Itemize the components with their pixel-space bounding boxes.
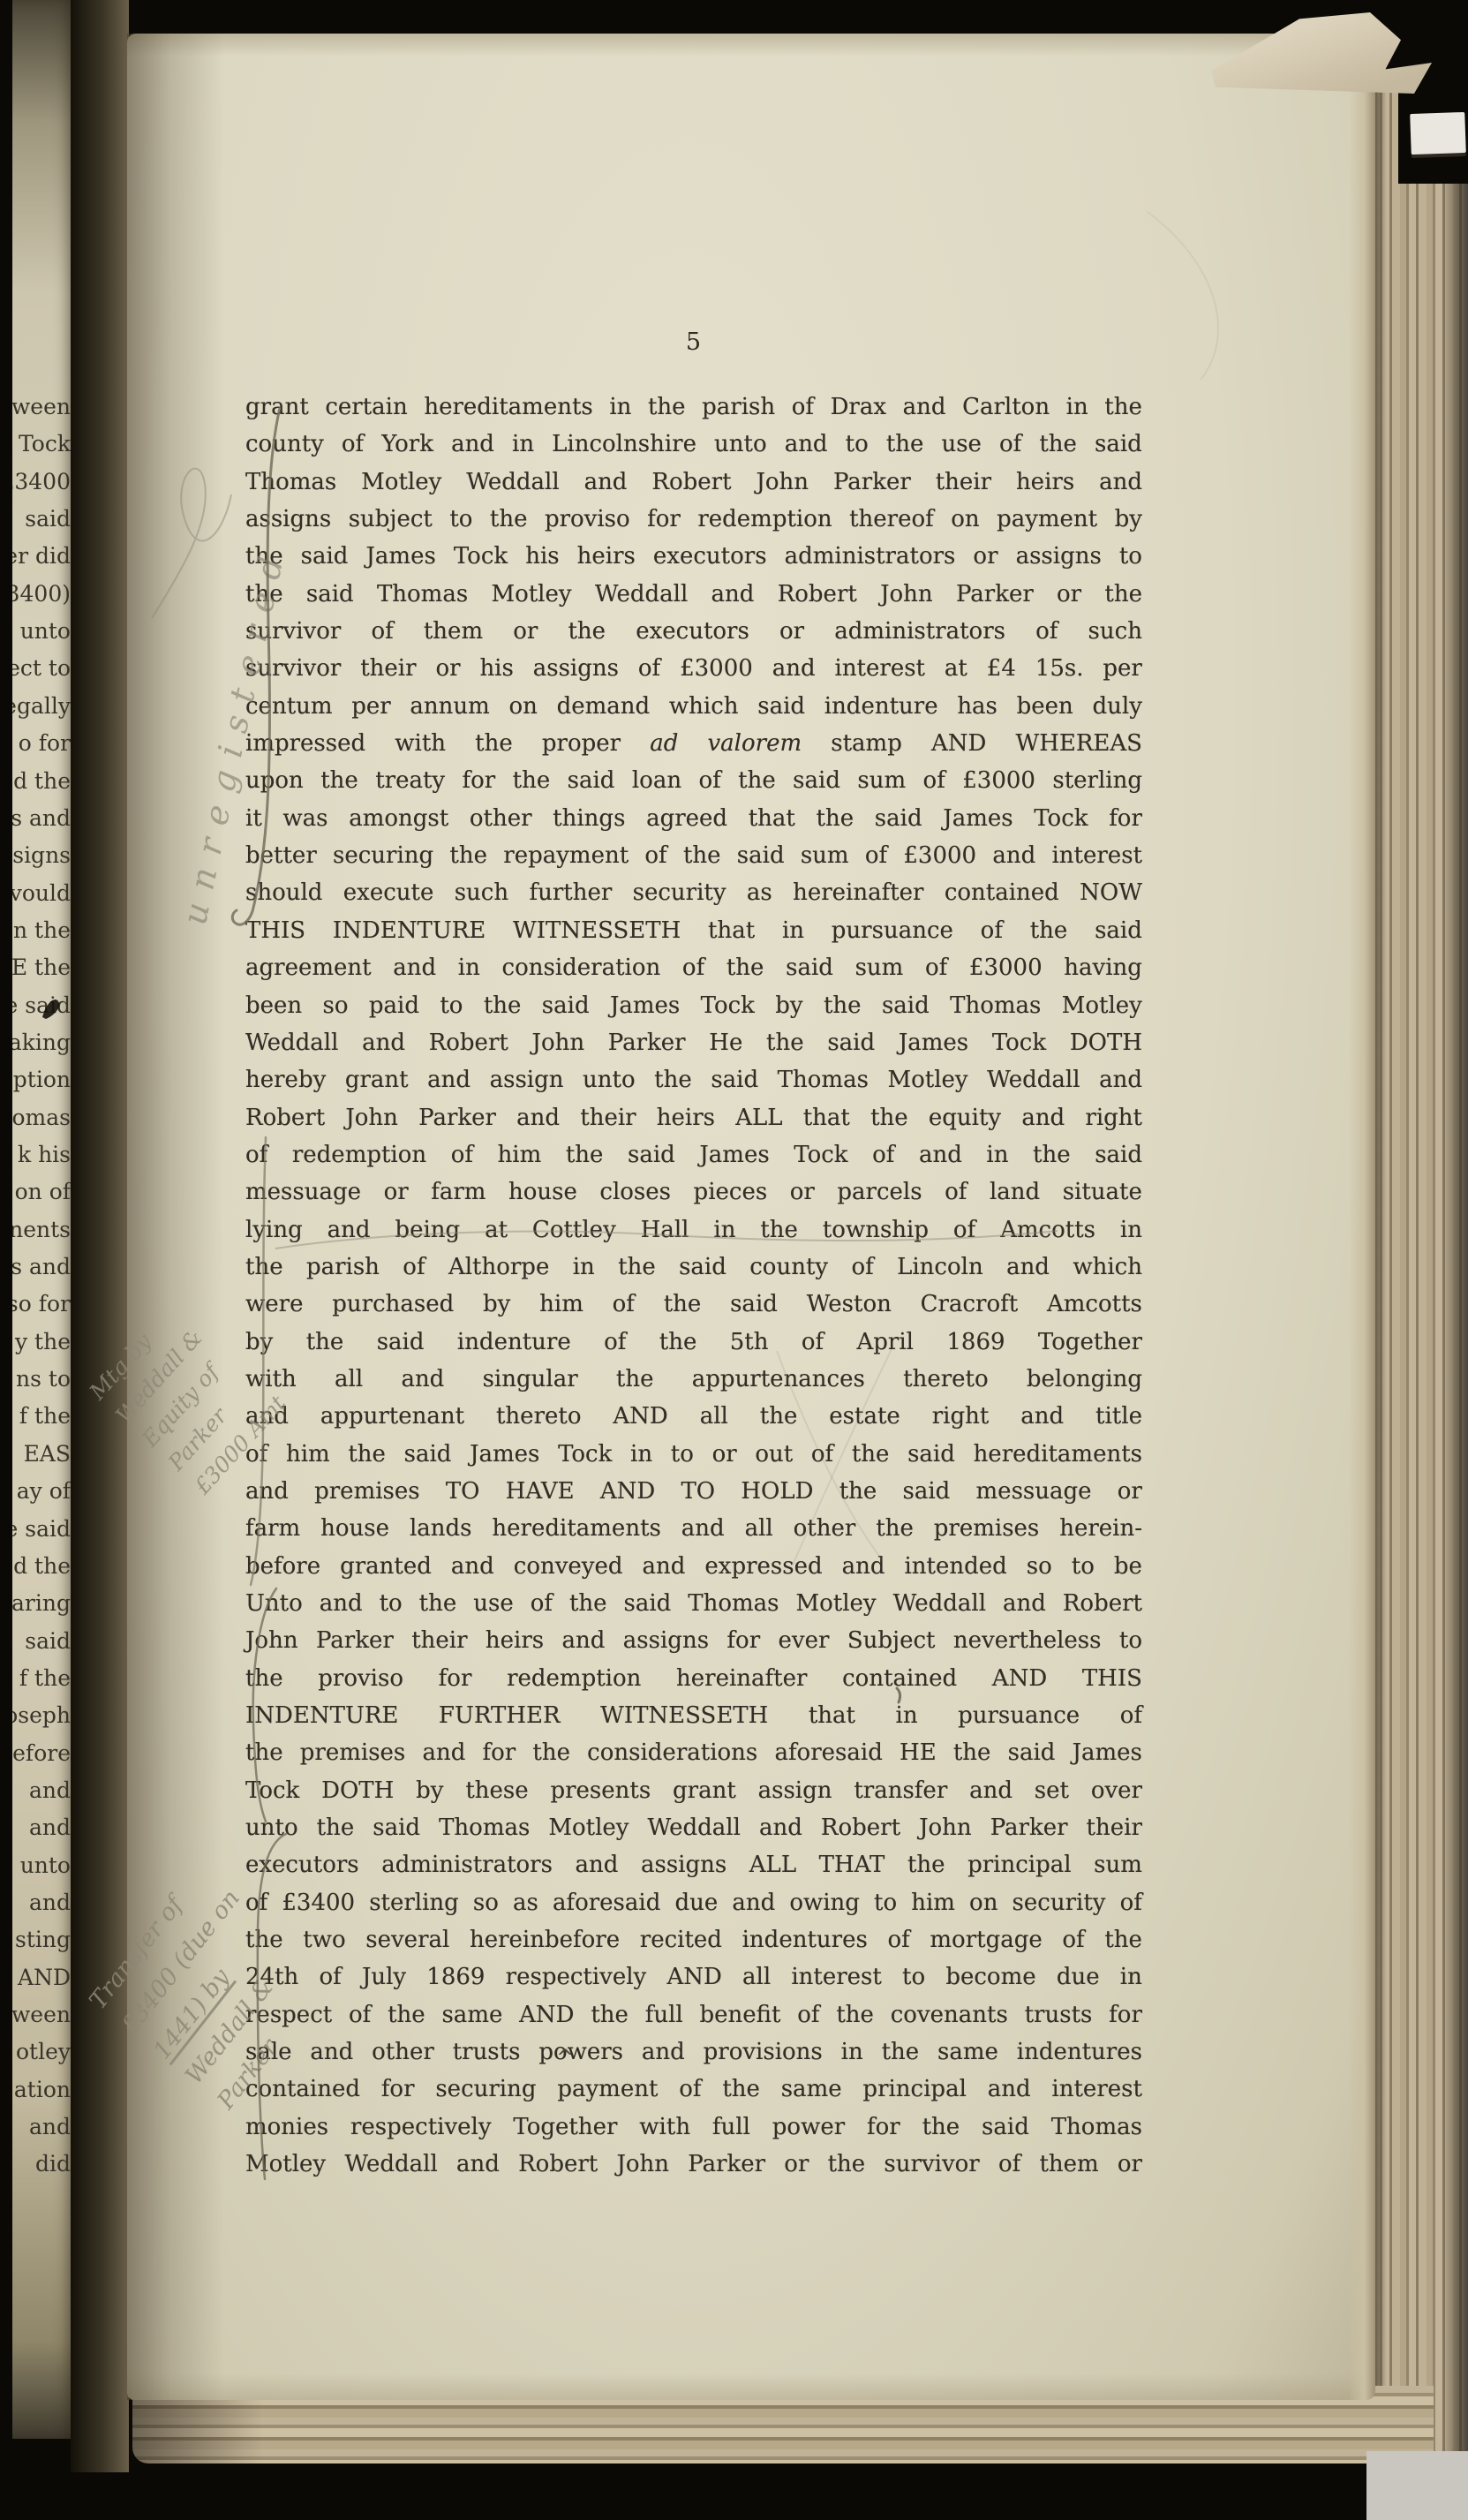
- word: of: [403, 1254, 425, 1280]
- word: out: [755, 1441, 793, 1467]
- word: by: [245, 1329, 273, 1355]
- word: so: [323, 992, 349, 1019]
- word: sum: [855, 954, 904, 981]
- word: the: [726, 954, 764, 981]
- word: so: [473, 1890, 499, 1916]
- word: full: [645, 2002, 683, 2028]
- word: owing: [789, 1890, 860, 1916]
- fore-edge-pages: [1374, 85, 1468, 2467]
- word: £3000: [969, 954, 1043, 981]
- word: hereinafter: [676, 1665, 807, 1692]
- word: and: [759, 1815, 802, 1841]
- word: of: [999, 431, 1021, 457]
- word: interest: [835, 655, 926, 682]
- word: the: [566, 1142, 604, 1168]
- word: and: [427, 1067, 471, 1093]
- word: security: [1013, 1890, 1106, 1916]
- word: the: [568, 618, 606, 645]
- word: aforesaid: [553, 1890, 660, 1916]
- text-line: theprovisoforredemptionhereinaftercontai…: [245, 1665, 1142, 1702]
- word: TO: [446, 1478, 480, 1505]
- word: and: [772, 655, 816, 682]
- word: pieces: [694, 1179, 768, 1205]
- word: in: [896, 1702, 918, 1729]
- word: power: [772, 2114, 845, 2140]
- word: AND: [519, 2002, 574, 2028]
- word: the: [828, 2151, 866, 2177]
- word: messuage: [245, 1179, 361, 1205]
- word: hereinafter: [793, 879, 923, 906]
- word: by: [483, 1291, 510, 1317]
- word: or: [435, 655, 460, 682]
- word: sum: [801, 842, 849, 869]
- word: unto: [583, 1067, 636, 1093]
- word: and: [516, 1105, 560, 1131]
- facing-page-fragment: otley: [16, 2039, 71, 2076]
- word: James: [610, 992, 680, 1019]
- word: these: [465, 1777, 528, 1804]
- word: 1869: [426, 1964, 485, 1990]
- word: and: [422, 1739, 465, 1766]
- word: him: [539, 1291, 583, 1317]
- word: in: [609, 394, 631, 420]
- word: and: [681, 1515, 725, 1542]
- word: subject: [349, 506, 433, 532]
- word: parish: [702, 394, 775, 420]
- word: the: [245, 1739, 283, 1766]
- word: for: [381, 2076, 415, 2102]
- word: in: [1120, 1217, 1142, 1243]
- word: Motley: [548, 1815, 629, 1841]
- word: their: [936, 469, 991, 495]
- word: the: [616, 1366, 654, 1392]
- word: the: [839, 1478, 877, 1505]
- word: and: [327, 1217, 371, 1243]
- word: said: [882, 992, 930, 1019]
- word: lands: [410, 1515, 472, 1542]
- word: Cottley: [532, 1217, 616, 1243]
- word: Thomas: [778, 1067, 869, 1093]
- word: him: [911, 1890, 955, 1916]
- word: title: [1095, 1403, 1142, 1430]
- word: 15s.: [1035, 655, 1084, 682]
- word: Motley: [361, 469, 441, 495]
- facing-page-fragment: ect to: [12, 655, 71, 692]
- word: heirs: [657, 1105, 715, 1131]
- word: said: [757, 693, 805, 720]
- word: ALL: [735, 1105, 782, 1131]
- word: said: [306, 581, 354, 607]
- word: NOW: [1080, 879, 1142, 906]
- word: THIS: [245, 917, 305, 944]
- facing-page-fragment: efore: [12, 1740, 71, 1777]
- word: of: [349, 2002, 371, 2028]
- word: executors: [653, 543, 767, 570]
- word: county: [245, 431, 324, 457]
- word: £3000: [962, 767, 1035, 794]
- word: the: [484, 992, 522, 1019]
- word: Motley: [887, 1067, 967, 1093]
- word: said: [1095, 917, 1142, 944]
- word: the: [870, 1105, 908, 1131]
- word: executors: [245, 1852, 359, 1878]
- word: the: [1104, 394, 1142, 420]
- word: township: [823, 1217, 929, 1243]
- text-line: MotleyWeddallandRobertJohnParkerorthesur…: [245, 2151, 1142, 2188]
- word: grant: [673, 1777, 736, 1804]
- word: aforesaid: [774, 1739, 882, 1766]
- word: Lincoln: [897, 1254, 983, 1280]
- word: Tock: [558, 1441, 612, 1467]
- word: premises: [300, 1739, 406, 1766]
- word: redemption: [507, 1665, 641, 1692]
- word: the: [475, 730, 513, 757]
- word: house: [320, 1515, 389, 1542]
- word: John: [616, 2151, 669, 2177]
- word: Carlton: [962, 394, 1050, 420]
- word: set: [1035, 1777, 1069, 1804]
- word: the: [907, 1852, 945, 1878]
- word: of: [451, 1142, 473, 1168]
- word: agreed: [646, 805, 727, 832]
- word: farm: [431, 1179, 486, 1205]
- insertion-caret-mark: ^: [556, 2045, 574, 2070]
- word: the: [738, 767, 776, 794]
- word: Thomas: [950, 992, 1041, 1019]
- word: the: [1104, 581, 1142, 607]
- word: 5th: [730, 1329, 769, 1355]
- facing-page-fragment: ween: [12, 2002, 71, 2039]
- word: the: [513, 767, 551, 794]
- word: of: [872, 1142, 894, 1168]
- word: of: [1062, 1927, 1084, 1953]
- facing-page-fragment: k his: [18, 1142, 71, 1179]
- word: hereinbefore: [470, 1927, 620, 1953]
- word: same: [937, 2039, 998, 2065]
- paper-tab: [1410, 112, 1466, 155]
- word: interest: [1051, 2076, 1142, 2102]
- word: to: [671, 1441, 694, 1467]
- word: appurtenances: [692, 1366, 865, 1392]
- facing-page-fragment: sting: [15, 1927, 71, 1964]
- word: right: [932, 1403, 990, 1430]
- word: Thomas: [439, 1815, 530, 1841]
- word: the: [852, 1441, 890, 1467]
- text-line: thesaidJamesTockhisheirsexecutorsadminis…: [245, 543, 1142, 580]
- word: Together: [1038, 1329, 1142, 1355]
- word: paid: [369, 992, 419, 1019]
- word: James: [699, 1142, 769, 1168]
- word: and: [584, 469, 628, 495]
- text-line: uponthetreatyforthesaidloanofthesaidsumo…: [245, 767, 1142, 804]
- word: thereof: [849, 506, 934, 532]
- word: THIS: [1082, 1665, 1142, 1692]
- word: said: [373, 1815, 420, 1841]
- word: Subject: [847, 1627, 936, 1654]
- word: John: [880, 581, 933, 607]
- word: assign: [490, 1067, 564, 1093]
- word: them: [1039, 2151, 1098, 2177]
- word: and: [642, 2039, 685, 2065]
- word: Robert: [778, 581, 857, 607]
- word: 1869: [946, 1329, 1005, 1355]
- word: on: [509, 693, 538, 720]
- word: the: [245, 1254, 283, 1280]
- word: in: [841, 2039, 863, 2065]
- word: situate: [1063, 1179, 1142, 1205]
- text-line: assignssubjecttotheprovisoforredemptiont…: [245, 506, 1142, 543]
- word: amongst: [349, 805, 448, 832]
- facing-page-fragment: vould: [12, 880, 71, 917]
- text-line: survivorofthemortheexecutorsoradministra…: [245, 618, 1142, 655]
- word: proper: [542, 730, 621, 757]
- word: and: [401, 1366, 444, 1392]
- word: Parker: [316, 1627, 394, 1654]
- text-line: of£3400sterlingsoasaforesaiddueandowingt…: [245, 1890, 1142, 1927]
- word: and: [1003, 1590, 1046, 1617]
- word: or: [973, 543, 997, 570]
- word: security: [633, 879, 726, 906]
- word: and: [732, 1890, 775, 1916]
- word: due: [1057, 1964, 1100, 1990]
- word: of: [644, 842, 666, 869]
- word: of: [604, 1329, 626, 1355]
- word: said: [793, 767, 840, 794]
- word: treaty: [375, 767, 445, 794]
- word: and: [903, 394, 946, 420]
- word: and: [785, 431, 828, 457]
- word: Motley: [796, 1590, 877, 1617]
- word: been: [245, 992, 302, 1019]
- word: Parker: [990, 1815, 1068, 1841]
- word: his: [479, 655, 513, 682]
- word: ad: [650, 730, 678, 757]
- word: and: [1006, 1254, 1050, 1280]
- word: parcels: [837, 1179, 922, 1205]
- word: further: [529, 879, 612, 906]
- word: valorem: [707, 730, 802, 757]
- word: Weddall: [344, 2151, 437, 2177]
- word: for: [867, 2114, 900, 2140]
- word: Weston: [807, 1291, 892, 1317]
- word: all: [742, 1964, 771, 1990]
- word: DOTH: [321, 1777, 394, 1804]
- facing-page-fragment: omas: [12, 1105, 71, 1142]
- word: the: [664, 1291, 702, 1317]
- word: such: [1088, 618, 1142, 645]
- word: or: [712, 1441, 737, 1467]
- word: and: [1020, 1403, 1064, 1430]
- word: equity: [929, 1105, 1001, 1131]
- word: James: [366, 543, 436, 570]
- text-line: moniesrespectivelyTogetherwithfullpowerf…: [245, 2114, 1142, 2151]
- word: He: [709, 1030, 742, 1056]
- text-line: ThomasMotleyWeddallandRobertJohnParkerth…: [245, 469, 1142, 506]
- word: Drax: [831, 394, 886, 420]
- word: indenture: [457, 1329, 571, 1355]
- word: considerations: [587, 1739, 757, 1766]
- word: that: [809, 1702, 855, 1729]
- word: said: [786, 954, 833, 981]
- facing-page-fragment: ption: [13, 1067, 71, 1104]
- word: of: [638, 655, 660, 682]
- word: TO: [681, 1478, 715, 1505]
- word: premises: [314, 1478, 420, 1505]
- word: be: [1114, 1553, 1142, 1580]
- word: for: [1109, 805, 1142, 832]
- word: the: [953, 1739, 991, 1766]
- word: of: [371, 618, 393, 645]
- word: and: [1099, 1067, 1142, 1093]
- facing-page-fragment: e said: [12, 992, 71, 1030]
- word: of: [802, 1329, 824, 1355]
- word: certain: [325, 394, 407, 420]
- word: £3000: [680, 655, 753, 682]
- word: to: [874, 1890, 897, 1916]
- word: and: [320, 1590, 363, 1617]
- book-scan: weenTock£3400saider did3400)untoect toeg…: [0, 0, 1468, 2520]
- word: the: [886, 431, 924, 457]
- text-line: agreementandinconsiderationofthesaidsumo…: [245, 954, 1142, 992]
- word: said: [875, 805, 922, 832]
- word: of: [811, 1441, 833, 1467]
- word: HOLD: [741, 1478, 813, 1505]
- word: having: [1064, 954, 1142, 981]
- word: all: [700, 1403, 728, 1430]
- word: demand: [557, 693, 651, 720]
- word: WITNESSETH: [513, 917, 681, 944]
- word: per: [351, 693, 390, 720]
- word: respectively: [350, 2114, 492, 2140]
- word: assigns: [641, 1852, 726, 1878]
- word: said: [542, 992, 590, 1019]
- word: the: [722, 2076, 760, 2102]
- word: and: [969, 1777, 1013, 1804]
- facing-page-fragment: f the: [19, 1403, 71, 1440]
- word: said: [301, 543, 349, 570]
- word: in: [512, 431, 534, 457]
- word: the: [882, 2039, 920, 2065]
- word: Thomas: [688, 1590, 779, 1617]
- word: HAVE: [506, 1478, 575, 1505]
- word: John: [919, 1815, 972, 1841]
- facing-page-fragment: d the: [13, 1553, 71, 1590]
- word: their: [411, 1627, 467, 1654]
- word: to: [1119, 543, 1142, 570]
- word: and: [992, 842, 1035, 869]
- word: trusts: [453, 2039, 521, 2065]
- word: Tock: [245, 1777, 299, 1804]
- word: that: [708, 917, 755, 944]
- word: county: [749, 1254, 828, 1280]
- word: with: [639, 2114, 690, 2140]
- word: as: [747, 879, 772, 906]
- word: James: [1073, 1739, 1142, 1766]
- word: lying: [245, 1217, 303, 1243]
- word: contained: [945, 879, 1059, 906]
- facing-page-fragment: er did: [12, 543, 71, 580]
- word: Motley: [491, 581, 571, 607]
- word: Lincolnshire: [552, 431, 696, 457]
- word: the: [824, 992, 862, 1019]
- word: several: [365, 1927, 449, 1953]
- text-line: thetwoseveralhereinbeforerecitedindentur…: [245, 1927, 1142, 1964]
- word: Robert: [651, 469, 731, 495]
- word: Unto: [245, 1590, 303, 1617]
- word: the: [648, 394, 686, 420]
- word: duly: [1092, 693, 1141, 720]
- word: Tock: [992, 1030, 1046, 1056]
- word: grant: [245, 394, 309, 420]
- word: conveyed: [514, 1553, 623, 1580]
- word: Althorpe: [448, 1254, 549, 1280]
- word: heirs: [1016, 469, 1074, 495]
- word: same: [781, 2076, 842, 2102]
- word: of: [887, 1927, 909, 1953]
- text-line: andpremisesTOHAVEANDTOHOLDthesaidmessuag…: [245, 1478, 1142, 1515]
- word: Weddall: [595, 581, 688, 607]
- word: assigns: [533, 655, 619, 682]
- word: Parker: [833, 469, 911, 495]
- word: Amcotts: [1000, 1217, 1095, 1243]
- word: them: [424, 618, 483, 645]
- word: pursuance: [958, 1702, 1080, 1729]
- word: in: [630, 1441, 652, 1467]
- text-line: andappurtenanttheretoANDalltheestaterigh…: [245, 1403, 1142, 1440]
- word: or: [513, 618, 538, 645]
- facing-page-fragment: n the: [13, 917, 71, 954]
- text-line: TockDOTHbythesepresentsgrantassigntransf…: [245, 1777, 1142, 1815]
- facing-page-fragment: E the: [12, 954, 71, 992]
- word: administrators: [785, 543, 956, 570]
- word: agreement: [245, 954, 372, 981]
- word: said: [903, 1478, 951, 1505]
- word: £3000: [903, 842, 976, 869]
- book-gutter: [71, 0, 129, 2472]
- word: for: [463, 767, 496, 794]
- text-line: bythesaidindentureofthe5thofApril1869Tog…: [245, 1329, 1142, 1366]
- word: and: [245, 1478, 289, 1505]
- word: of: [1120, 1702, 1142, 1729]
- facing-page-fragment: ation: [14, 2077, 71, 2114]
- word: closes: [599, 1179, 671, 1205]
- word: the: [1104, 1927, 1142, 1953]
- word: interest: [791, 1964, 882, 1990]
- word: respectively: [506, 1964, 647, 1990]
- text-line: executorsadministratorsandassignsALLTHAT…: [245, 1852, 1142, 1889]
- word: the: [654, 1067, 692, 1093]
- word: said: [568, 767, 615, 794]
- word: hereby: [245, 1067, 326, 1093]
- word: on: [969, 1890, 997, 1916]
- word: in: [1066, 394, 1088, 420]
- text-line: bettersecuringtherepaymentofthesaidsumof…: [245, 842, 1142, 879]
- word: sterling: [369, 1890, 459, 1916]
- word: unto: [714, 431, 767, 457]
- word: with: [395, 730, 446, 757]
- word: contained: [842, 1665, 957, 1692]
- word: for: [647, 506, 681, 532]
- word: said: [404, 1441, 452, 1467]
- text-line: INDENTUREFURTHERWITNESSETHthatinpursuanc…: [245, 1702, 1142, 1739]
- word: indentures: [1017, 2039, 1142, 2065]
- word: indentures: [742, 1927, 868, 1953]
- word: Thomas: [245, 469, 336, 495]
- word: for: [1109, 2002, 1142, 2028]
- facing-page-fragment: ay of: [17, 1478, 71, 1515]
- word: the: [1030, 917, 1068, 944]
- word: due: [674, 1890, 718, 1916]
